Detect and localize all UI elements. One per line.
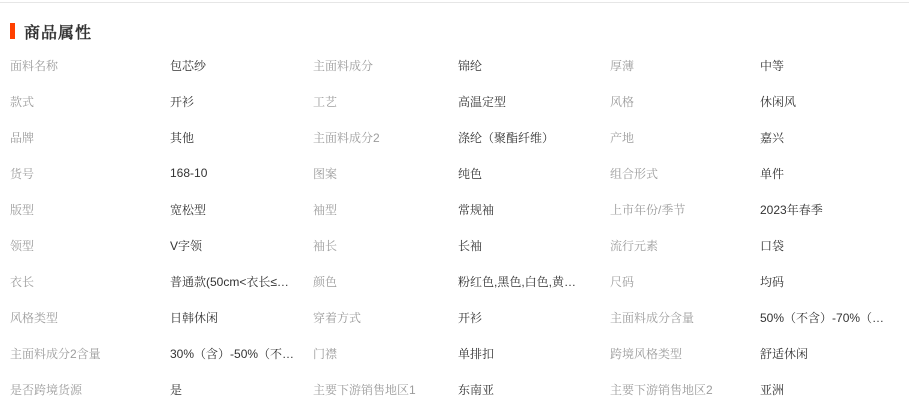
attribute-label: 产地 [610, 129, 760, 146]
attribute-row: 领型V字领袖长长袖流行元素口袋 [10, 227, 909, 263]
attribute-value: 168-10 [170, 166, 313, 180]
attribute-label: 款式 [10, 93, 170, 110]
attribute-value: 东南亚 [458, 381, 610, 398]
attribute-row: 风格类型日韩休闲穿着方式开衫主面料成分含量50%（不含）-70%（… [10, 299, 909, 335]
attribute-value: 开衫 [458, 309, 610, 326]
attribute-label: 主面料成分2 [313, 129, 458, 146]
attribute-label: 衣长 [10, 273, 170, 290]
attribute-label: 上市年份/季节 [610, 201, 760, 218]
attribute-label: 袖长 [313, 237, 458, 254]
attribute-label: 工艺 [313, 93, 458, 110]
attribute-row: 面料名称包芯纱主面料成分锦纶厚薄中等 [10, 47, 909, 83]
attribute-label: 厚薄 [610, 57, 760, 74]
attribute-value: 粉红色,黑色,白色,黄… [458, 273, 610, 290]
attribute-value: 开衫 [170, 93, 313, 110]
attribute-value: 单排扣 [458, 345, 610, 362]
attribute-row: 衣长普通款(50cm<衣长≤…颜色粉红色,黑色,白色,黄…尺码均码 [10, 263, 909, 299]
attribute-label: 风格类型 [10, 309, 170, 326]
attribute-value: 普通款(50cm<衣长≤… [170, 273, 313, 290]
section-title: 商品属性 [24, 20, 92, 43]
attribute-value: 其他 [170, 129, 313, 146]
attribute-value: 口袋 [760, 237, 904, 254]
attribute-label: 主面料成分 [313, 57, 458, 74]
attribute-label: 图案 [313, 165, 458, 182]
attribute-value: 涤纶（聚酯纤维） [458, 129, 610, 146]
attribute-label: 颜色 [313, 273, 458, 290]
attribute-value: 宽松型 [170, 201, 313, 218]
attribute-label: 尺码 [610, 273, 760, 290]
attribute-value: 纯色 [458, 165, 610, 182]
attribute-value: 包芯纱 [170, 57, 313, 74]
attribute-value: 嘉兴 [760, 129, 904, 146]
accent-bar [10, 23, 15, 39]
attribute-row: 版型宽松型袖型常规袖上市年份/季节2023年春季 [10, 191, 909, 227]
attribute-label: 风格 [610, 93, 760, 110]
attribute-value: 常规袖 [458, 201, 610, 218]
attribute-label: 穿着方式 [313, 309, 458, 326]
product-attributes-table: 面料名称包芯纱主面料成分锦纶厚薄中等款式开衫工艺高温定型风格休闲风品牌其他主面料… [0, 47, 909, 407]
attribute-label: 流行元素 [610, 237, 760, 254]
attribute-value: 高温定型 [458, 93, 610, 110]
attribute-row: 是否跨境货源是主要下游销售地区1东南亚主要下游销售地区2亚洲 [10, 371, 909, 407]
attribute-row: 货号168-10图案纯色组合形式单件 [10, 155, 909, 191]
attribute-label: 主要下游销售地区1 [313, 381, 458, 398]
attribute-label: 主面料成分含量 [610, 309, 760, 326]
attribute-label: 主面料成分2含量 [10, 345, 170, 362]
top-divider [0, 2, 909, 3]
attribute-label: 袖型 [313, 201, 458, 218]
attribute-value: 锦纶 [458, 57, 610, 74]
attribute-row: 款式开衫工艺高温定型风格休闲风 [10, 83, 909, 119]
attribute-label: 版型 [10, 201, 170, 218]
attribute-value: V字领 [170, 237, 313, 254]
attribute-value: 50%（不含）-70%（… [760, 309, 904, 326]
attribute-value: 均码 [760, 273, 904, 290]
attribute-label: 跨境风格类型 [610, 345, 760, 362]
attribute-value: 休闲风 [760, 93, 904, 110]
attribute-value: 中等 [760, 57, 904, 74]
attribute-label: 货号 [10, 165, 170, 182]
attribute-label: 是否跨境货源 [10, 381, 170, 398]
attribute-label: 主要下游销售地区2 [610, 381, 760, 398]
attribute-row: 品牌其他主面料成分2涤纶（聚酯纤维）产地嘉兴 [10, 119, 909, 155]
attribute-value: 长袖 [458, 237, 610, 254]
attribute-value: 舒适休闲 [760, 345, 904, 362]
attribute-value: 2023年春季 [760, 201, 904, 218]
attribute-label: 门襟 [313, 345, 458, 362]
attribute-value: 30%（含）-50%（不… [170, 345, 313, 362]
section-header: 商品属性 [10, 22, 909, 40]
attribute-value: 日韩休闲 [170, 309, 313, 326]
attribute-label: 品牌 [10, 129, 170, 146]
attribute-label: 面料名称 [10, 57, 170, 74]
attribute-label: 组合形式 [610, 165, 760, 182]
attribute-value: 是 [170, 381, 313, 398]
attribute-row: 主面料成分2含量30%（含）-50%（不…门襟单排扣跨境风格类型舒适休闲 [10, 335, 909, 371]
attribute-value: 亚洲 [760, 381, 904, 398]
attribute-label: 领型 [10, 237, 170, 254]
attribute-value: 单件 [760, 165, 904, 182]
